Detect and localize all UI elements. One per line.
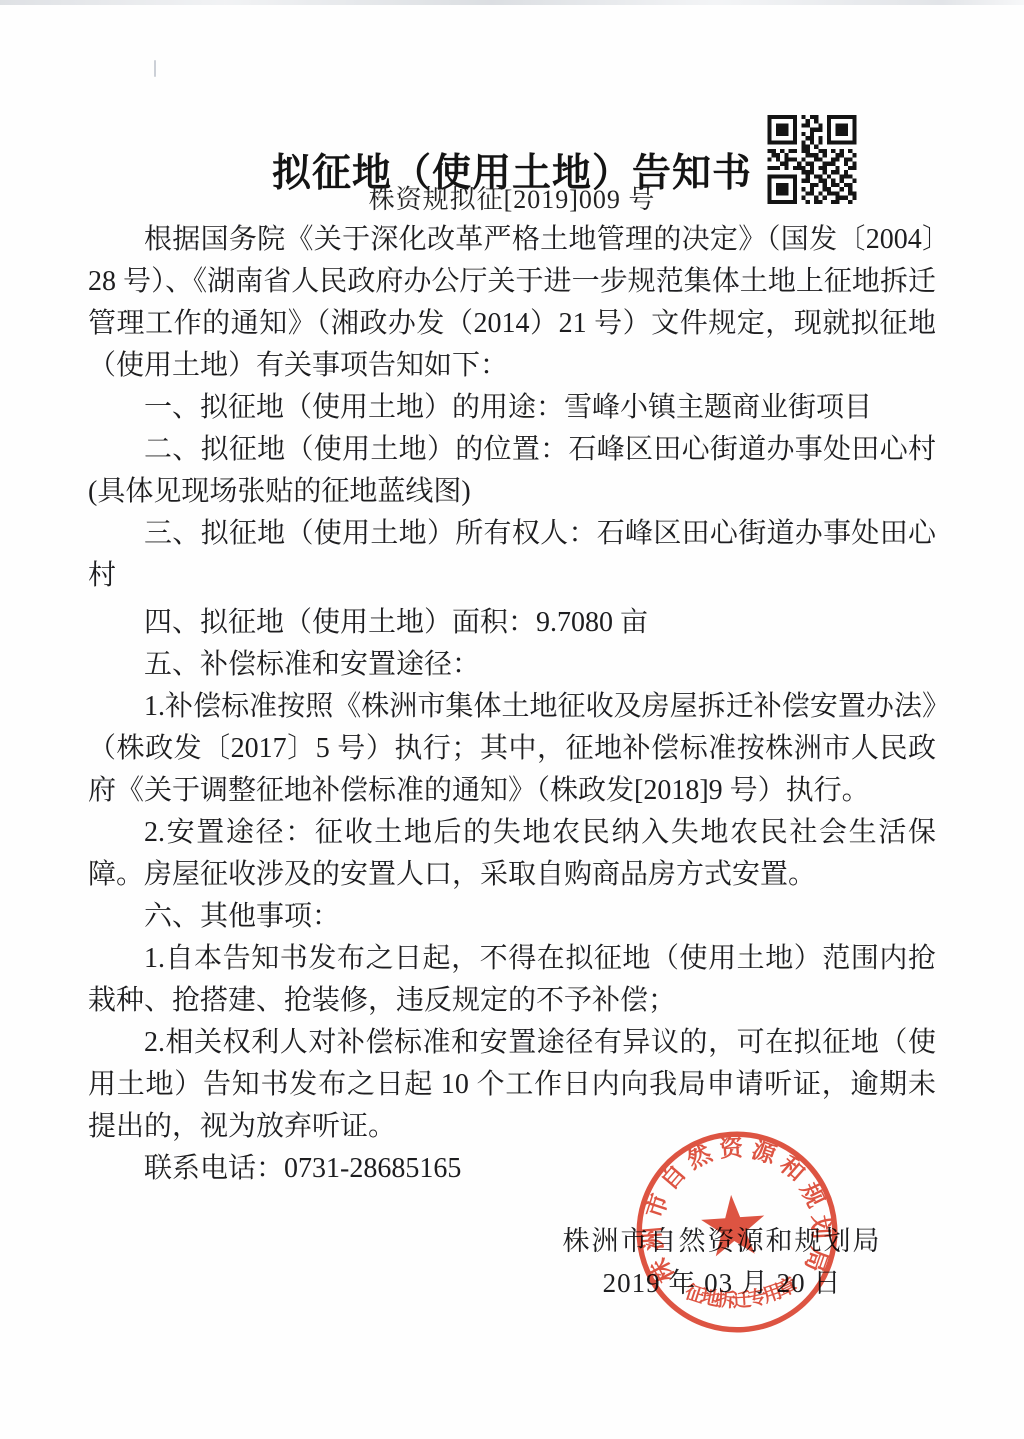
signature-date: 2019 年 03 月 20 日	[560, 1261, 884, 1300]
item-4-area: 四、拟征地（使用土地）面积：9.7080 亩	[88, 602, 936, 644]
contact-phone: 联系电话：0731-28685165	[88, 1148, 936, 1190]
scan-artifact	[154, 60, 156, 77]
document-number: 株资规拟征[2019]009 号	[90, 179, 934, 216]
item-5-1-compensation: 1.补偿标准按照《株洲市集体土地征收及房屋拆迁补偿安置办法》（株政发〔2017〕…	[88, 686, 936, 812]
item-2-location: 二、拟征地（使用土地）的位置：石峰区田心街道办事处田心村 (具体见现场张贴的征地…	[88, 429, 936, 513]
item-1-purpose: 一、拟征地（使用土地）的用途：雪峰小镇主题商业街项目	[88, 387, 936, 429]
item-6-heading: 六、其他事项：	[88, 896, 936, 938]
signature-agency: 株洲市自然资源和规划局	[560, 1219, 884, 1258]
scan-edge-artifact	[0, 0, 1024, 5]
item-5-2-resettlement: 2.安置途径：征收土地后的失地农民纳入失地农民社会生活保障。房屋征收涉及的安置人…	[88, 812, 936, 896]
para-legal-basis: 根据国务院《关于深化改革严格土地管理的决定》（国发〔2004〕28 号）、《湖南…	[88, 219, 936, 387]
document-body: 根据国务院《关于深化改革严格土地管理的决定》（国发〔2004〕28 号）、《湖南…	[88, 219, 936, 1190]
item-6-2-hearing: 2.相关权利人对补偿标准和安置途径有异议的，可在拟征地（使用土地）告知书发布之日…	[88, 1022, 936, 1148]
item-3-owner: 三、拟征地（使用土地）所有权人：石峰区田心街道办事处田心村	[88, 513, 936, 597]
item-5-heading: 五、补偿标准和安置途径：	[88, 644, 936, 686]
item-6-1-no-rush-build: 1.自本告知书发布之日起，不得在拟征地（使用土地）范围内抢栽种、抢搭建、抢装修，…	[88, 938, 936, 1022]
document-page: 拟征地（使用土地）告知书 株资规拟征[2019]009 号 根据国务院《关于深化…	[0, 0, 1024, 1439]
